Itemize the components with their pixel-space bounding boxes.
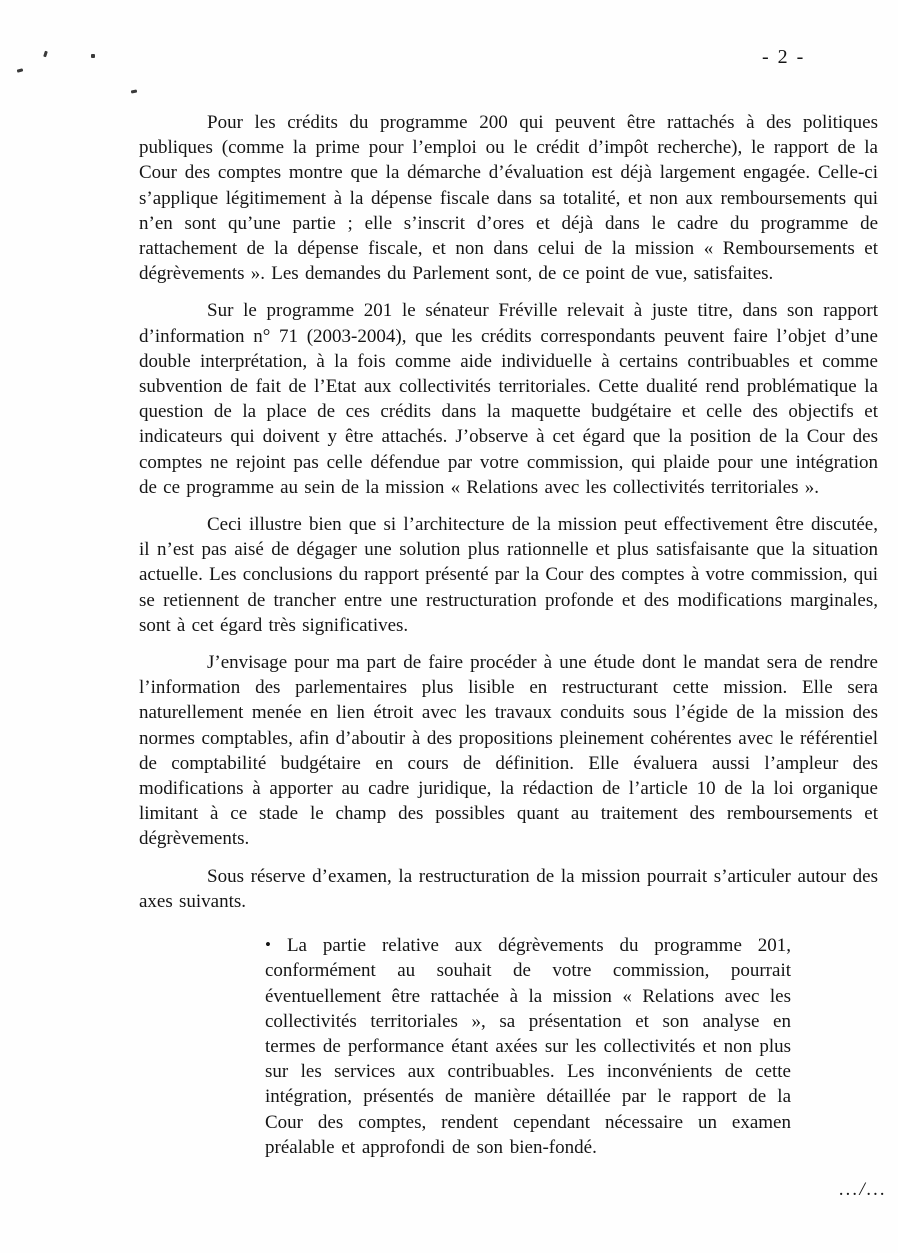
scan-speck (43, 51, 48, 58)
scan-speck (91, 54, 95, 58)
paragraph-architecture-mission: Ceci illustre bien que si l’architecture… (139, 512, 878, 638)
paragraph-sous-reserve: Sous réserve d’examen, la restructuratio… (139, 864, 878, 914)
paragraph-credits-programme-200: Pour les crédits du programme 200 qui pe… (139, 110, 878, 286)
document-page: - 2 - Pour les crédits du programme 200 … (0, 0, 898, 1253)
bullet-icon: • (265, 932, 271, 957)
letter-body: Pour les crédits du programme 200 qui pe… (139, 110, 878, 1160)
paragraph-programme-201: Sur le programme 201 le sénateur Frévill… (139, 298, 878, 500)
paragraph-etude-envisagee: J’envisage pour ma part de faire procéde… (139, 650, 878, 852)
scan-speck (131, 90, 137, 94)
scan-speck (17, 68, 24, 72)
page-number: - 2 - (762, 46, 805, 69)
continuation-mark: .../... (839, 1179, 887, 1201)
bullet-item: •La partie relative aux dégrèvements du … (265, 932, 791, 1160)
bullet-item-text: La partie relative aux dégrèvements du p… (265, 935, 791, 1158)
